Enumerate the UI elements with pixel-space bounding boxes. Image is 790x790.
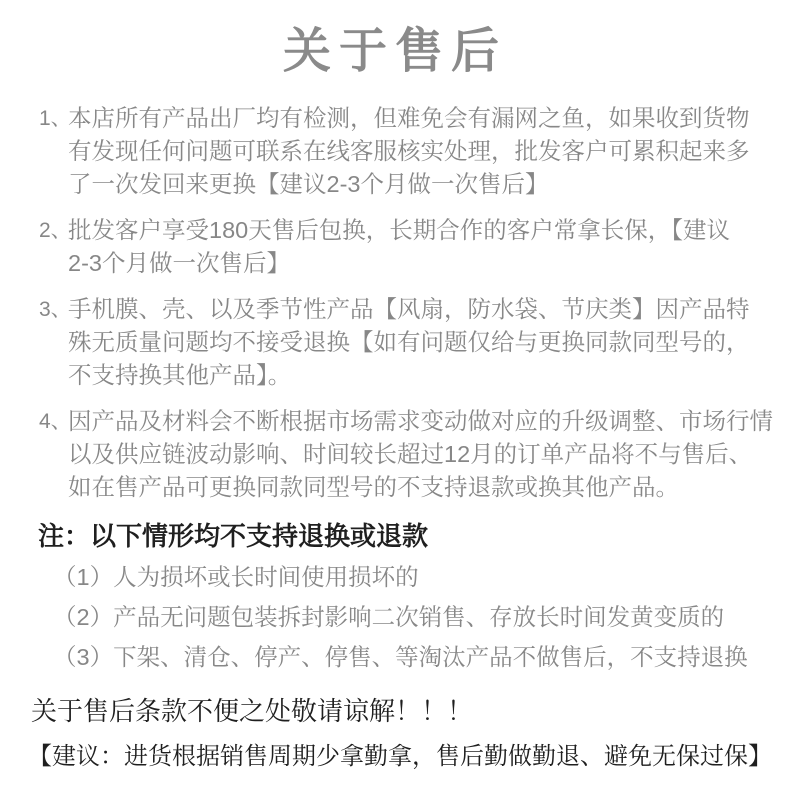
policy-item-3-number: 3、 [39,293,68,326]
policy-item-2-text: 批发客户享受180天售后包换，长期合作的客户常拿长保，【建议 2-3个月做一次售… [68,214,730,280]
policy-item-2: 2、 批发客户享受180天售后包换，长期合作的客户常拿长保，【建议 2-3个月做… [39,214,790,280]
note-item-2: （2）产品无问题包装拆封影响二次销售、存放长时间发黄变质的 [53,601,790,634]
note-heading: 注：以下情形均不支持退换或退款 [38,520,790,553]
policy-item-1-number: 1、 [39,102,68,135]
note-item-1: （1）人为损坏或长时间使用损坏的 [53,561,790,594]
policy-item-3-text: 手机膜、壳、以及季节性产品【风扇，防水袋、节庆类】因产品特 殊无质量问题均不接受… [68,293,750,392]
policy-list: 1、 本店所有产品出厂均有检测，但难免会有漏网之鱼，如果收到货物 有发现任何问题… [0,102,790,504]
after-sales-notice-page: 关于售后 1、 本店所有产品出厂均有检测，但难免会有漏网之鱼，如果收到货物 有发… [0,0,790,790]
page-title: 关于售后 [0,0,790,81]
policy-item-1-text: 本店所有产品出厂均有检测，但难免会有漏网之鱼，如果收到货物 有发现任何问题可联系… [68,102,750,201]
policy-item-1: 1、 本店所有产品出厂均有检测，但难免会有漏网之鱼，如果收到货物 有发现任何问题… [39,102,790,201]
policy-item-4-text: 因产品及材料会不断根据市场需求变动做对应的升级调整、市场行情 以及供应链波动影响… [68,405,773,504]
policy-item-4: 4、 因产品及材料会不断根据市场需求变动做对应的升级调整、市场行情 以及供应链波… [39,405,790,504]
closing-line: 关于售后条款不便之处敬请谅解！！！ [31,693,790,729]
note-item-3: （3）下架、清仓、停产、停售、等淘汰产品不做售后，不支持退换 [53,641,790,674]
policy-item-2-number: 2、 [39,214,68,247]
note-list: （1）人为损坏或长时间使用损坏的 （2）产品无问题包装拆封影响二次销售、存放长时… [0,561,790,674]
policy-item-3: 3、 手机膜、壳、以及季节性产品【风扇，防水袋、节庆类】因产品特 殊无质量问题均… [39,293,790,392]
suggestion-line: 【建议：进货根据销售周期少拿勤拿，售后勤做勤退、避免无保过保】 [28,740,790,774]
policy-item-4-number: 4、 [39,405,68,438]
